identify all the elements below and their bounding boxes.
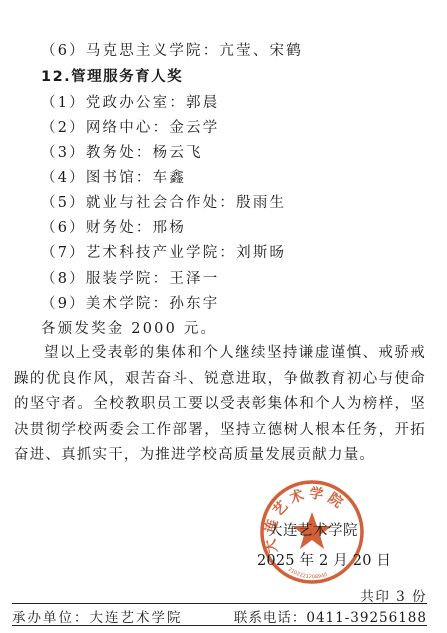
divider — [12, 625, 427, 626]
award-entry: （3）教务处：杨云飞 — [41, 144, 203, 162]
award-entry: （6）马克思主义学院：亢莹、宋鹤 — [41, 42, 303, 60]
award-entry: （6）财务处：邢杨 — [41, 219, 186, 237]
award-amount: 各颁发奖金 2000 元。 — [41, 320, 217, 338]
signature-date: 2025 年 2 月 20 日 — [257, 549, 391, 570]
signature-org: 大连艺术学院 — [268, 519, 358, 540]
award-entry: （5）就业与社会合作处：殷雨生 — [41, 194, 286, 212]
section-heading: 12.管理服务育人奖 — [41, 68, 183, 86]
award-entry: （8）服装学院：王泽一 — [41, 270, 219, 288]
footer-phone: 联系电话：0411-39256188 — [234, 606, 427, 626]
award-entry: （1）党政办公室：郭晨 — [41, 94, 219, 112]
footer-organizer: 承办单位：大连艺术学院 — [12, 606, 183, 626]
award-entry: （2）网络中心：金云学 — [41, 119, 219, 137]
award-entry: （4）图书馆：车鑫 — [41, 169, 186, 187]
award-entry: （7）艺术科技产业学院：刘斯旸 — [41, 244, 286, 262]
award-entry: （9）美术学院：孙东宇 — [41, 295, 219, 313]
divider — [12, 603, 427, 604]
closing-paragraph: 望以上受表彰的集体和个人继续坚持谦虚谨慎、戒骄戒躁的优良作风，艰苦奋斗、锐意进取… — [14, 341, 426, 469]
copies-count: 共印 3 份 — [360, 585, 427, 605]
